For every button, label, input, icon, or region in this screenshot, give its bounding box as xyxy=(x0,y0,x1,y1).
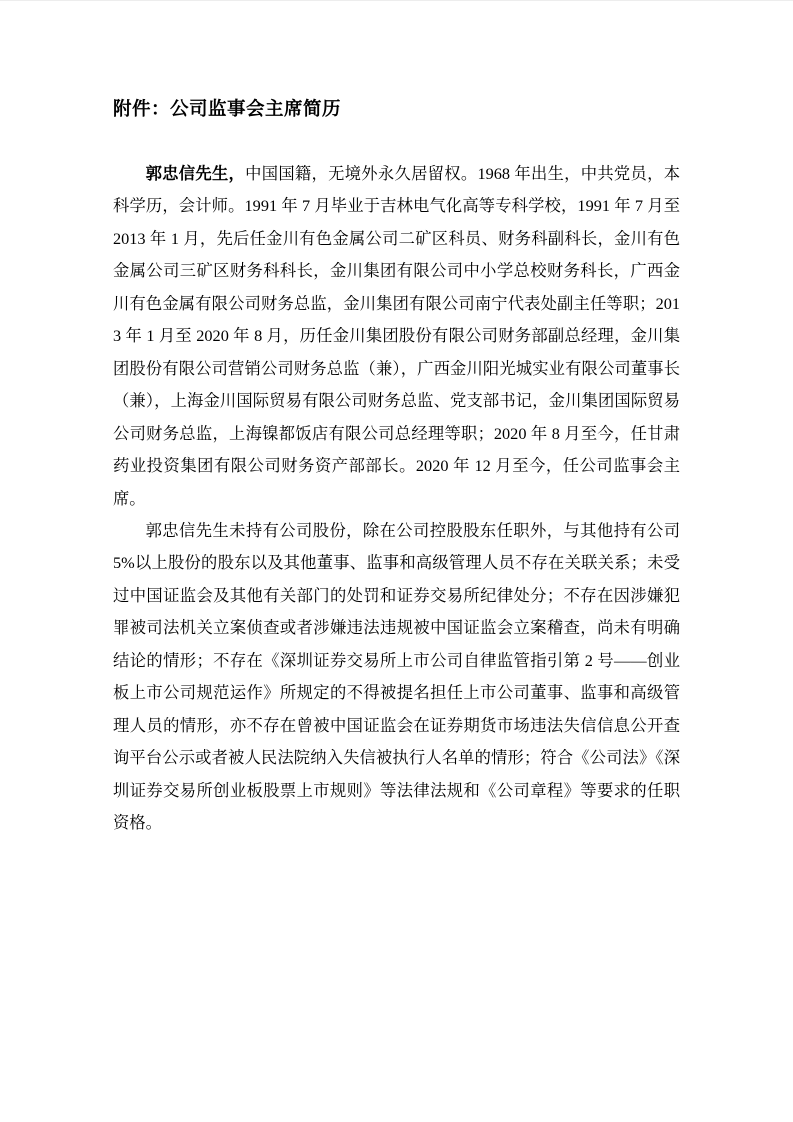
bio-paragraph: 郭忠信先生，中国国籍，无境外永久居留权。1968 年出生，中共党员，本科学历，会… xyxy=(113,158,680,515)
document-content: 附件：公司监事会主席简历 郭忠信先生，中国国籍，无境外永久居留权。1968 年出… xyxy=(113,99,680,840)
document-title: 附件：公司监事会主席简历 xyxy=(113,99,680,122)
person-name-bold: 郭忠信先生， xyxy=(146,164,246,183)
bio-paragraph-text: 中国国籍，无境外永久居留权。1968 年出生，中共党员，本科学历，会计师。199… xyxy=(113,164,680,508)
compliance-paragraph-text: 郭忠信先生未持有公司股份，除在公司控股股东任职外，与其他持有公司 5%以上股份的… xyxy=(113,521,680,832)
document-page: 附件：公司监事会主席简历 郭忠信先生，中国国籍，无境外永久居留权。1968 年出… xyxy=(0,0,793,1122)
compliance-paragraph: 郭忠信先生未持有公司股份，除在公司控股股东任职外，与其他持有公司 5%以上股份的… xyxy=(113,515,680,840)
